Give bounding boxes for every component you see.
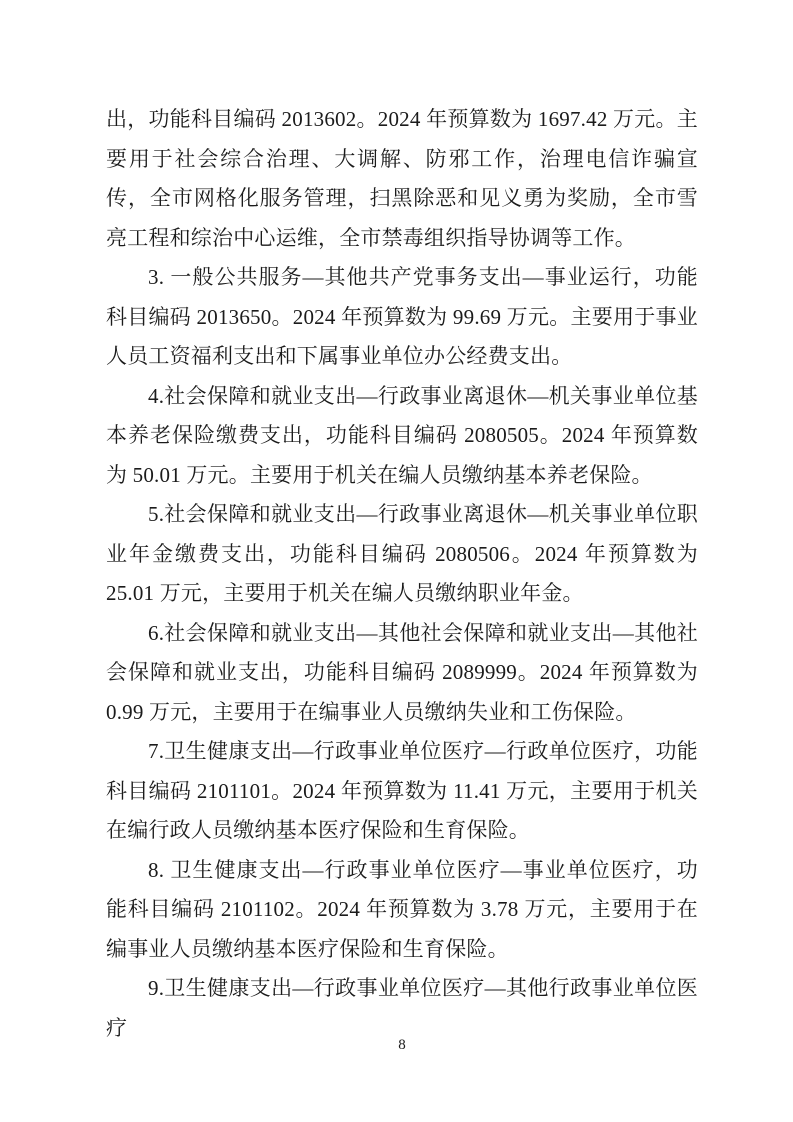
paragraph: 7.卫生健康支出—行政事业单位医疗—行政单位医疗，功能科目编码 2101101。… <box>106 732 698 851</box>
paragraph: 5.社会保障和就业支出—行政事业离退休—机关事业单位职业年金缴费支出，功能科目编… <box>106 495 698 614</box>
paragraph: 6.社会保障和就业支出—其他社会保障和就业支出—其他社会保障和就业支出，功能科目… <box>106 614 698 733</box>
page-number: 8 <box>398 1037 406 1053</box>
paragraph: 8. 卫生健康支出—行政事业单位医疗—事业单位医疗，功能科目编码 2101102… <box>106 851 698 970</box>
paragraph: 3. 一般公共服务—其他共产党事务支出—事业运行，功能科目编码 2013650。… <box>106 258 698 377</box>
page-footer: 8 <box>106 1036 698 1054</box>
document-body: 出，功能科目编码 2013602。2024 年预算数为 1697.42 万元。主… <box>106 100 698 1048</box>
paragraph: 4.社会保障和就业支出—行政事业离退休—机关事业单位基本养老保险缴费支出，功能科… <box>106 377 698 496</box>
document-page: 出，功能科目编码 2013602。2024 年预算数为 1697.42 万元。主… <box>0 0 793 1122</box>
paragraph: 出，功能科目编码 2013602。2024 年预算数为 1697.42 万元。主… <box>106 100 698 258</box>
